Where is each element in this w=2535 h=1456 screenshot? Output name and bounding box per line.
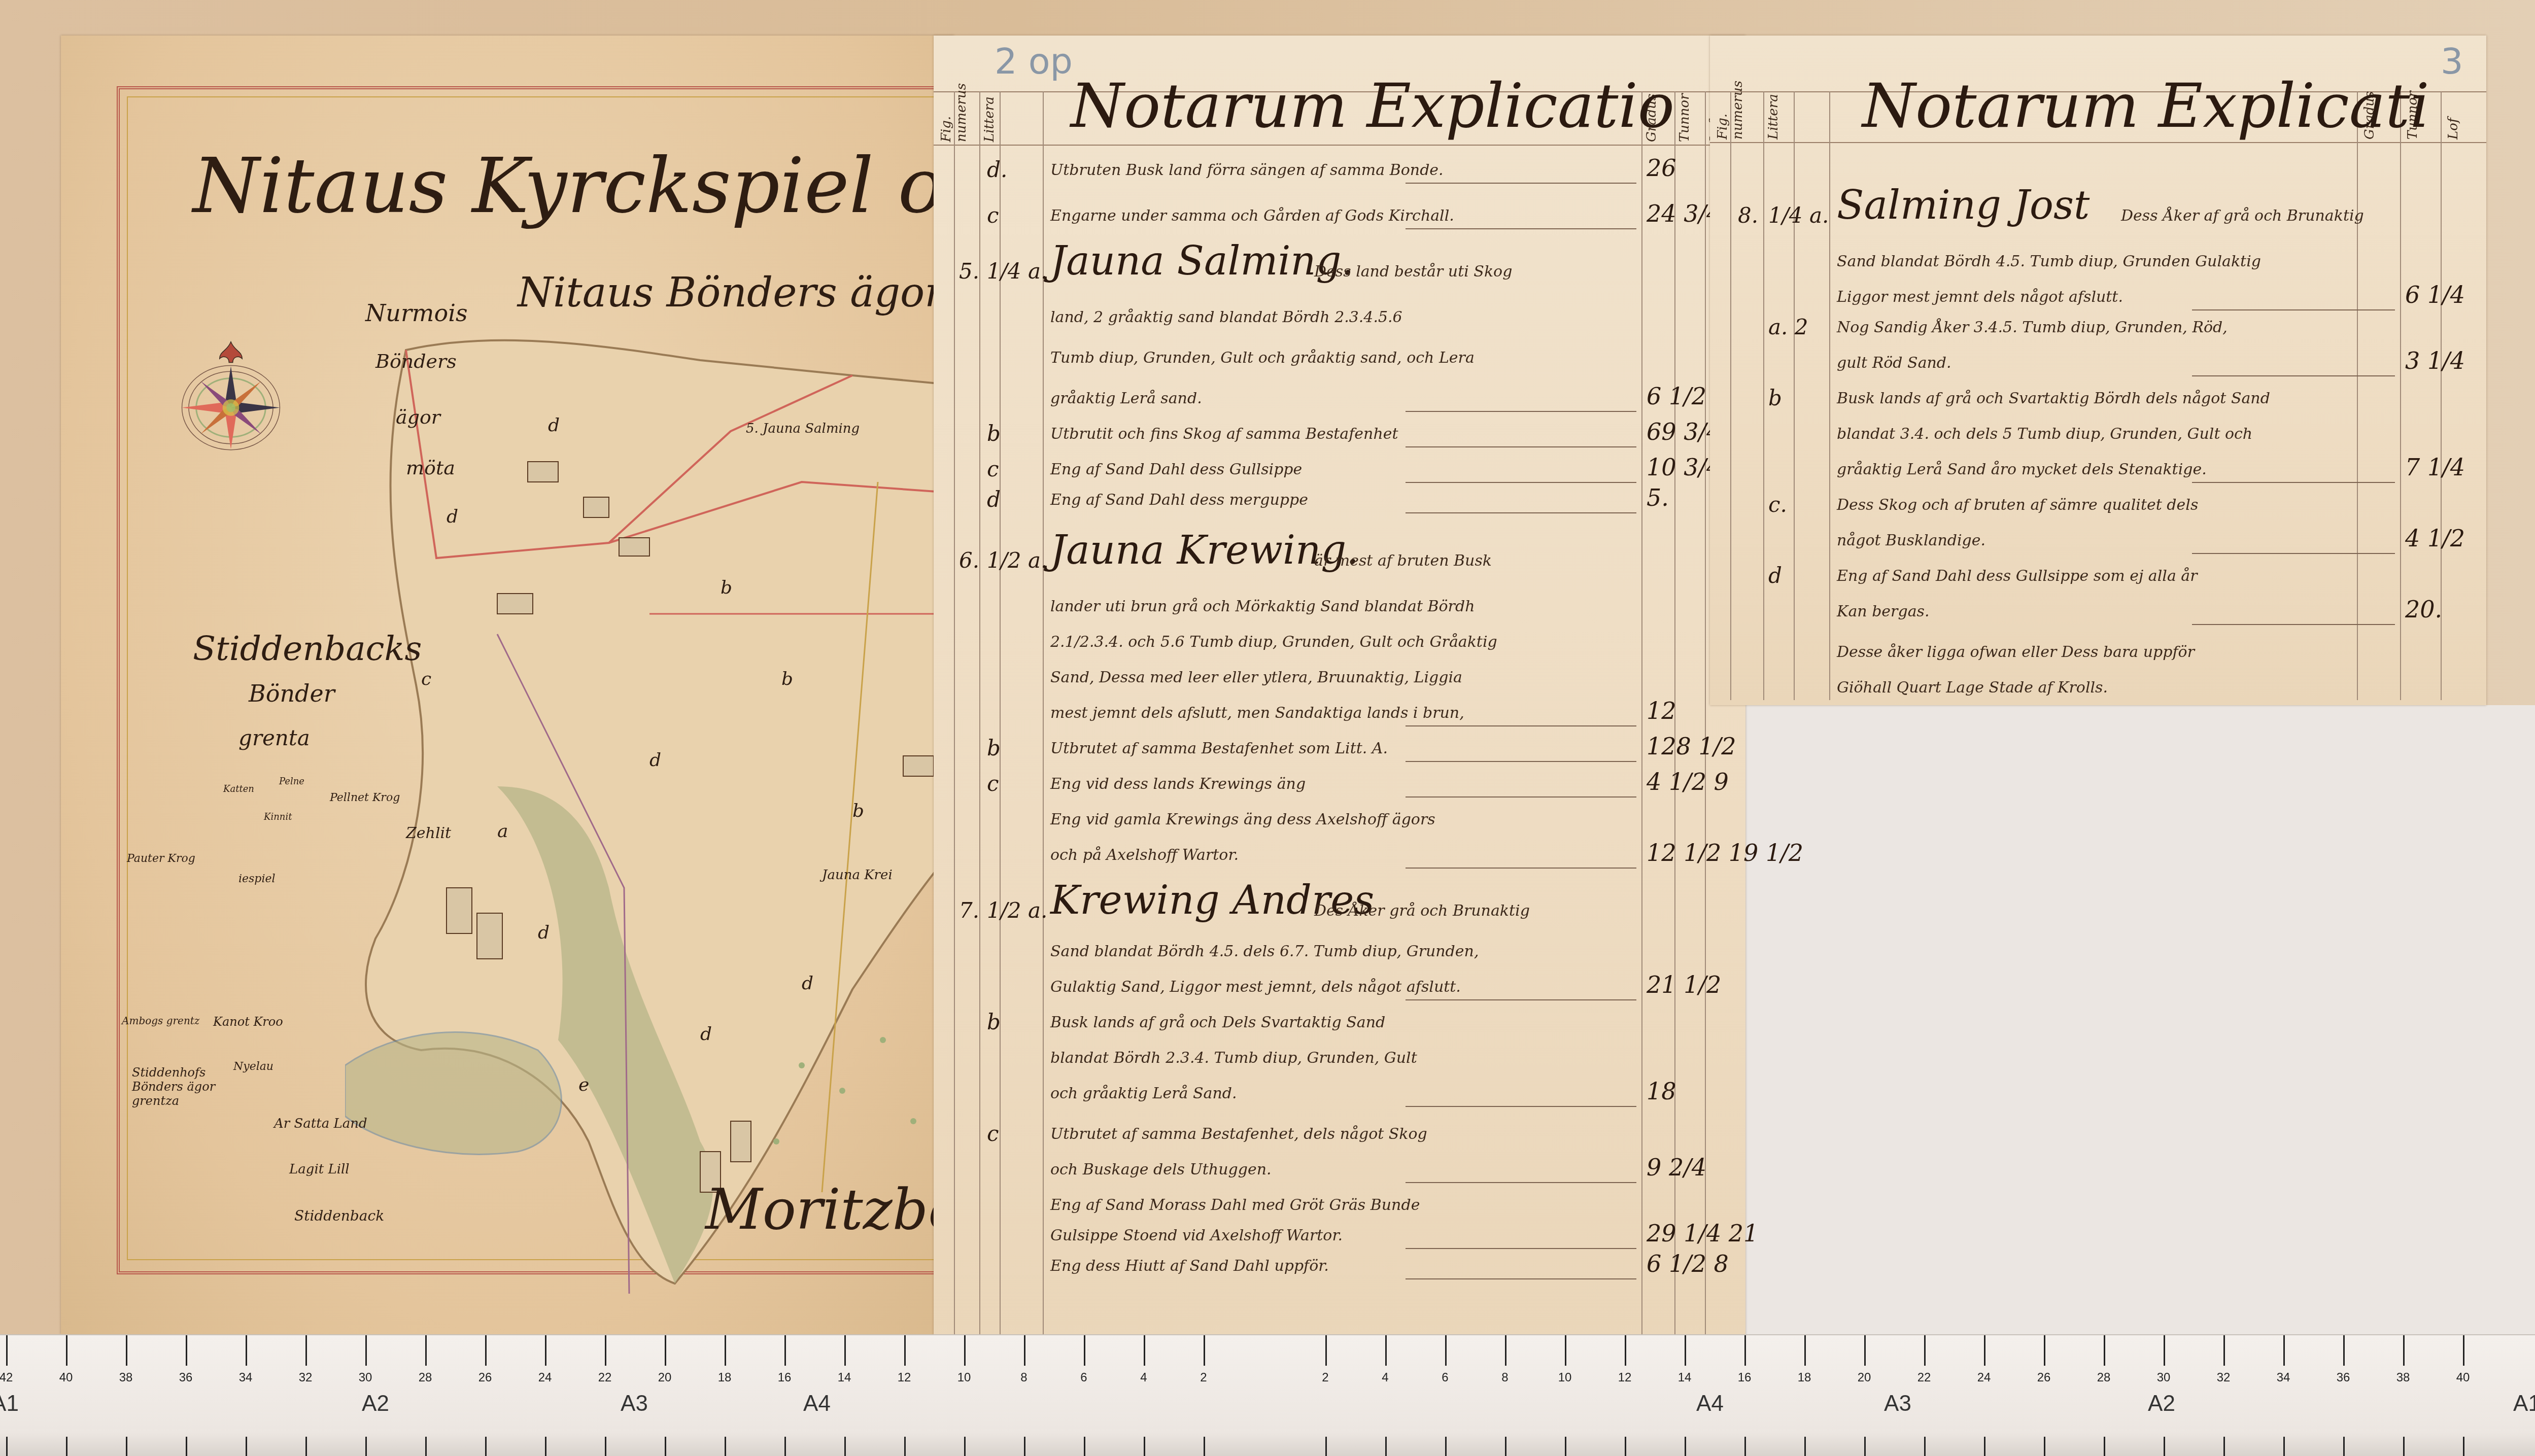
ruler-number: 12 [898, 1371, 911, 1385]
entry-littera: a. 2 [1768, 315, 1808, 339]
ruler-number: 34 [2277, 1371, 2290, 1385]
svg-text:d: d [548, 415, 560, 436]
svg-text:d: d [649, 750, 661, 771]
entry-littera: 1/2 a. [987, 548, 1047, 573]
svg-text:b: b [781, 669, 793, 689]
ruler-paper-size: A1 [0, 1391, 19, 1416]
entry-description: gråaktig Lerå Sand åro mycket dels Stena… [1837, 461, 2207, 478]
entry-amount: 18 [1647, 1078, 1676, 1105]
ruler-number: 14 [838, 1371, 851, 1385]
entry-number: 8. [1738, 203, 1758, 228]
map-label: Ar Satta Land [274, 1116, 367, 1131]
column-rule [979, 91, 980, 1339]
ruler-tick [784, 1335, 786, 1366]
entry-littera: d [987, 487, 1001, 512]
ruler-number: 36 [2337, 1371, 2350, 1385]
ruler-tick [665, 1335, 666, 1366]
ruler-number: 20 [658, 1371, 672, 1385]
ruler-tick [305, 1437, 307, 1456]
column-rule [954, 91, 955, 1339]
ruler-tick [1864, 1437, 1866, 1456]
entry-underline [1406, 446, 1636, 447]
entry-description: Desse åker ligga ofwan eller Dess bara u… [1837, 643, 2195, 661]
ruler-paper-size: A2 [2148, 1391, 2175, 1416]
map-label: Pellnet Krog [330, 791, 400, 804]
entry-underline [1406, 228, 1636, 229]
entry-underline [2192, 553, 2395, 554]
entry-amount: 26 [1647, 154, 1676, 182]
entry-description: Giöhall Quart Lage Stade af Krolls. [1837, 679, 2108, 697]
entry-underline [1406, 1106, 1636, 1107]
ruler-tick [425, 1437, 427, 1456]
column-header-lof: Lof [2446, 94, 2461, 140]
map-label: Bönder [249, 680, 335, 707]
ruler-number: 6 [1442, 1371, 1448, 1385]
ruler-paper-size: A3 [621, 1391, 648, 1416]
entry-description: blandat 3.4. och dels 5 Tumb diup, Grund… [1837, 425, 2252, 443]
column-rule [1763, 91, 1764, 700]
map-label: 5. Jauna Salming [746, 421, 860, 436]
entry-amount: 7 1/4 [2405, 454, 2465, 481]
svg-text:a: a [497, 821, 508, 842]
ruler-tick [1144, 1437, 1145, 1456]
ruler-tick [844, 1437, 846, 1456]
entry-underline [1406, 796, 1636, 798]
ruler-tick [6, 1335, 8, 1366]
header-rule-bottom [1710, 142, 2486, 143]
ruler-number: 30 [2157, 1371, 2171, 1385]
ruler-tick [545, 1437, 546, 1456]
ruler-number: 10 [1558, 1371, 1572, 1385]
ruler-tick [246, 1437, 247, 1456]
ruler-tick [2463, 1335, 2464, 1366]
ruler-tick [365, 1437, 367, 1456]
ruler-tick [2283, 1437, 2285, 1456]
entry-description: och gråaktig Lerå Sand. [1050, 1085, 1237, 1102]
ruler-tick [1744, 1437, 1746, 1456]
map-label: Bönders [375, 350, 457, 372]
entry-description: Kan bergas. [1837, 603, 1929, 620]
ruler-tick [365, 1335, 367, 1366]
entry-underline [2192, 482, 2395, 483]
notarum-explicatio-page-2: 2 op Fig. numerus Littera Gradus Tunnor … [934, 36, 1745, 1344]
svg-text:b: b [721, 577, 732, 598]
entry-littera: c [987, 203, 999, 228]
ruler-tick [964, 1335, 966, 1366]
ruler-tick [1024, 1437, 1025, 1456]
entry-underline [2192, 375, 2395, 376]
entry-underline [1406, 725, 1636, 726]
entry-amount: 6 1/2 [1647, 383, 1706, 410]
ruler-number: 36 [179, 1371, 193, 1385]
entry-description: Utbrutit och fins Skog af samma Bestafen… [1050, 425, 1398, 443]
ruler-number: 8 [1501, 1371, 1508, 1385]
map-label: Jauna Krei [822, 868, 893, 883]
entry-underline [1406, 1248, 1636, 1249]
entry-description: Utbruten Busk land förra sängen af samma… [1050, 161, 1444, 179]
ruler-tick [1445, 1335, 1447, 1366]
ruler-tick [1144, 1335, 1145, 1366]
svg-text:c: c [421, 669, 431, 689]
ruler-number: 8 [1020, 1371, 1027, 1385]
entry-description: Utbrutet af samma Bestafenhet, dels någo… [1050, 1125, 1427, 1143]
ruler-tick [1685, 1437, 1686, 1456]
map-label: Ambogs grentz [122, 1015, 199, 1027]
map-label: Kinnit [264, 812, 292, 822]
column-rule [1641, 91, 1642, 1339]
entry-description: Eng dess Hiutt af Sand Dahl uppför. [1050, 1257, 1329, 1275]
ruler-tick [186, 1335, 187, 1366]
map-label: Pelne [279, 776, 304, 787]
ruler-tick [2283, 1335, 2285, 1366]
ruler-tick [2463, 1437, 2464, 1456]
ruler-number: 32 [2217, 1371, 2231, 1385]
compass-rose-icon [162, 340, 299, 457]
entry-description: Utbrutet af samma Bestafenhet som Litt. … [1050, 740, 1388, 757]
entry-amount: 128 1/2 [1647, 733, 1736, 760]
column-rule [2400, 91, 2401, 700]
ruler-tick [305, 1335, 307, 1366]
entry-owner-name: Jauna Krewing. [1050, 528, 1359, 573]
entry-underline [1406, 512, 1636, 513]
ruler-number: 18 [718, 1371, 732, 1385]
ruler-tick [6, 1437, 8, 1456]
map-label: Kanot Kroo [213, 1015, 283, 1029]
document-title: Notarum Explicati [1862, 71, 2429, 142]
entry-description: Eng af Sand Dahl dess Gullsippe [1050, 461, 1302, 478]
notarum-explicatio-page-3: 3 Fig. numerus Littera Gradus Tunnor Lof… [1710, 36, 2486, 705]
column-rule [1794, 91, 1795, 700]
entry-amount: 12 [1647, 697, 1676, 724]
ruler-number: 2 [1200, 1371, 1207, 1385]
ruler-tick [186, 1437, 187, 1456]
entry-description: Liggor mest jemnt dels något afslutt. [1837, 288, 2123, 306]
ruler-tick [605, 1437, 606, 1456]
ruler-tick [2104, 1335, 2105, 1366]
entry-amount: 4 1/2 [2405, 525, 2465, 552]
ruler-tick [1325, 1437, 1327, 1456]
ruler-paper-size: A4 [803, 1391, 831, 1416]
ruler-tick [1024, 1335, 1025, 1366]
entry-description: Nog Sandig Åker 3.4.5. Tumb diup, Grunde… [1837, 319, 2228, 336]
svg-text:d: d [447, 506, 458, 527]
ruler-paper-size: A2 [362, 1391, 389, 1416]
column-header-numerus: Fig. numerus [1715, 94, 1745, 140]
ruler-number: 4 [1382, 1371, 1388, 1385]
entry-description: blandat Bördh 2.3.4. Tumb diup, Grunden,… [1050, 1049, 1417, 1067]
map-label: möta [406, 457, 455, 479]
column-header-tunnor: Tunnor [1677, 94, 1692, 142]
entry-underline [1406, 999, 1636, 1000]
entry-littera: c [987, 1121, 999, 1146]
entry-underline [1406, 183, 1636, 184]
map-label: Stiddenbacks [193, 629, 422, 668]
entry-littera: b [987, 736, 1001, 760]
entry-littera: 1/4 a. [987, 259, 1047, 284]
entry-description: Busk lands af grå och Svartaktig Bördh d… [1837, 390, 2270, 407]
entry-number: 7. [959, 898, 979, 923]
ruler-tick [1744, 1335, 1746, 1366]
entry-description: och på Axelshoff Wartor. [1050, 846, 1239, 864]
ruler-tick [665, 1437, 666, 1456]
entry-littera: 1/4 a. [1768, 203, 1829, 228]
entry-littera: c. [1768, 492, 1787, 517]
column-rule [2357, 91, 2358, 700]
ruler-number: 20 [1858, 1371, 1871, 1385]
ruler-tick [1385, 1335, 1387, 1366]
map-label: grenta [238, 725, 310, 750]
svg-text:e: e [578, 1074, 589, 1095]
ruler-tick [844, 1335, 846, 1366]
entry-underline [1406, 761, 1636, 762]
header-rule-bottom [934, 145, 1745, 146]
ruler-tick [66, 1335, 67, 1366]
ruler-number: 40 [59, 1371, 73, 1385]
entry-description: Dess Åker af grå och Brunaktig [2121, 207, 2364, 225]
entry-description: Tumb diup, Grunden, Gult och gråaktig sa… [1050, 349, 1475, 367]
map-label: Pauter Krog [127, 852, 195, 865]
entry-littera: c [987, 771, 999, 796]
entry-description: Eng af Sand Dahl dess merguppe [1050, 491, 1308, 509]
entry-underline [2192, 309, 2395, 310]
ruler-number: 30 [359, 1371, 372, 1385]
column-header-littera: Littera [982, 94, 997, 142]
entry-description: Busk lands af grå och Dels Svartaktig Sa… [1050, 1014, 1385, 1031]
entry-description: Gulsippe Stoend vid Axelshoff Wartor. [1050, 1227, 1343, 1244]
entry-littera: d [1768, 563, 1782, 588]
entry-littera: c [987, 457, 999, 481]
ruler-number: 24 [1977, 1371, 1991, 1385]
ruler-tick [1325, 1335, 1327, 1366]
ruler-paper-size: A1 [2513, 1391, 2535, 1416]
measuring-ruler: 4240383634323028262422201816141210864224… [0, 1334, 2535, 1456]
ruler-number: 26 [478, 1371, 492, 1385]
column-rule [1829, 91, 1830, 700]
entry-description: Sand blandat Bördh 4.5. dels 6.7. Tumb d… [1050, 943, 1479, 960]
entry-description: är mest af bruten Busk [1314, 552, 1492, 570]
ruler-tick [1685, 1335, 1686, 1366]
ruler-tick [2223, 1335, 2225, 1366]
entry-amount: 12 1/2 19 1/2 [1647, 839, 1803, 866]
entry-description: Eng vid gamla Krewings äng dess Axelshof… [1050, 811, 1435, 828]
map-label: Lagit Lill [289, 1162, 350, 1177]
ruler-tick [1445, 1437, 1447, 1456]
column-header-numerus: Fig. numerus [939, 94, 969, 142]
entry-description: Gulaktig Sand, Liggor mest jemnt, dels n… [1050, 978, 1461, 996]
ruler-tick [725, 1335, 726, 1366]
ruler-tick [1864, 1335, 1866, 1366]
map-label: ägor [396, 406, 440, 428]
ruler-tick [126, 1437, 127, 1456]
map-label: Nurmois [365, 299, 468, 327]
ruler-number: 26 [2037, 1371, 2051, 1385]
entry-description: gråaktig Lerå sand. [1050, 390, 1202, 407]
ruler-tick [2223, 1437, 2225, 1456]
ruler-number: 2 [1322, 1371, 1328, 1385]
ruler-number: 38 [2396, 1371, 2410, 1385]
pencil-page-mark: 2 op [995, 41, 1073, 82]
ruler-tick [784, 1437, 786, 1456]
ruler-number: 10 [957, 1371, 971, 1385]
entry-amount: 4 1/2 9 [1647, 768, 1729, 795]
ruler-tick [1204, 1335, 1205, 1366]
map-label: Stiddenback [294, 1207, 384, 1224]
entry-amount: 3 1/4 [2405, 347, 2465, 374]
ruler-tick [1084, 1437, 1085, 1456]
ruler-tick [2343, 1335, 2345, 1366]
entry-littera: 1/2 a. [987, 898, 1047, 923]
entry-littera: d. [987, 157, 1007, 182]
entry-description: Eng af Sand Dahl dess Gullsippe som ej a… [1837, 567, 2198, 585]
ruler-number: 14 [1678, 1371, 1692, 1385]
entry-amount: 21 1/2 [1647, 971, 1721, 998]
entry-number: 5. [959, 259, 979, 284]
entry-amount: 5. [1647, 484, 1669, 511]
ruler-tick [2044, 1437, 2045, 1456]
ruler-tick [1204, 1437, 1205, 1456]
ruler-tick [126, 1335, 127, 1366]
ruler-number: 38 [119, 1371, 133, 1385]
entry-amount: 6 1/4 [2405, 281, 2465, 308]
ruler-tick [1804, 1437, 1806, 1456]
map-label: Zehlit [406, 824, 451, 842]
ruler-tick [1625, 1335, 1626, 1366]
map-label: Katten [223, 784, 254, 794]
entry-description: Eng vid dess lands Krewings äng [1050, 775, 1306, 793]
column-rule [1730, 91, 1731, 700]
entry-description: Des Åker grå och Brunaktig [1314, 902, 1530, 920]
entry-description: Eng af Sand Morass Dahl med Gröt Gräs Bu… [1050, 1196, 1420, 1214]
svg-text:d: d [538, 922, 550, 943]
entry-description: Dess land består uti Skog [1314, 263, 1512, 281]
entry-owner-name: Salming Jost [1837, 183, 2089, 228]
entry-underline [1406, 482, 1636, 483]
ruler-tick [545, 1335, 546, 1366]
ruler-tick [1565, 1335, 1566, 1366]
ruler-number: 16 [1738, 1371, 1752, 1385]
entry-underline [1406, 868, 1636, 869]
ruler-tick [605, 1335, 606, 1366]
ruler-tick [904, 1335, 906, 1366]
ruler-number: 22 [598, 1371, 612, 1385]
ruler-tick [2104, 1437, 2105, 1456]
entry-amount: 29 1/4 21 [1647, 1220, 1758, 1247]
ruler-number: 22 [1917, 1371, 1931, 1385]
ruler-tick [1984, 1335, 1985, 1366]
ruler-tick [1084, 1335, 1085, 1366]
ruler-tick [2164, 1437, 2165, 1456]
pencil-page-mark: 3 [2441, 41, 2463, 82]
map-label: Nyelau [233, 1060, 273, 1073]
entry-underline [1406, 1182, 1636, 1183]
ruler-number: 34 [239, 1371, 253, 1385]
entry-underline [1406, 1278, 1636, 1279]
column-rule [1705, 91, 1706, 1339]
ruler-number: 28 [419, 1371, 432, 1385]
document-title: Notarum Explicatio [1071, 71, 1674, 142]
entry-description: mest jemnt dels afslutt, men Sandaktiga … [1050, 704, 1464, 722]
ruler-number: 40 [2456, 1371, 2470, 1385]
entry-underline [1406, 411, 1636, 412]
map-label: Stiddenhofs Bönders ägor grentza [132, 1065, 233, 1108]
svg-text:d: d [802, 973, 813, 994]
ruler-tick [2403, 1437, 2405, 1456]
entry-description: 2.1/2.3.4. och 5.6 Tumb diup, Grunden, G… [1050, 633, 1497, 651]
entry-description: något Busklandige. [1837, 532, 1985, 549]
ruler-tick [1625, 1437, 1626, 1456]
ruler-paper-size: A3 [1884, 1391, 1911, 1416]
ruler-tick [246, 1335, 247, 1366]
ruler-tick [1385, 1437, 1387, 1456]
ruler-number: 28 [2097, 1371, 2111, 1385]
ruler-tick [904, 1437, 906, 1456]
ruler-tick [1565, 1437, 1566, 1456]
ruler-number: 4 [1140, 1371, 1147, 1385]
entry-description: lander uti brun grå och Mörkaktig Sand b… [1050, 598, 1475, 615]
ruler-tick [425, 1335, 427, 1366]
entry-littera: b [987, 421, 1001, 446]
entry-amount: 6 1/2 8 [1647, 1250, 1729, 1277]
ruler-tick [1924, 1335, 1926, 1366]
ruler-tick [725, 1437, 726, 1456]
entry-description: gult Röd Sand. [1837, 354, 1951, 372]
entry-underline [2192, 624, 2395, 625]
entry-description: Dess Skog och af bruten af sämre qualite… [1837, 496, 2198, 514]
entry-description: land, 2 gråaktig sand blandat Bördh 2.3.… [1050, 308, 1402, 326]
entry-description: Sand blandat Bördh 4.5. Tumb diup, Grund… [1837, 253, 2261, 270]
column-header-littera: Littera [1766, 94, 1781, 140]
entry-littera: b [1768, 386, 1782, 410]
ruler-tick [2044, 1335, 2045, 1366]
ruler-tick [1924, 1437, 1926, 1456]
entry-number: 6. [959, 548, 979, 573]
ruler-number: 12 [1618, 1371, 1632, 1385]
ruler-tick [964, 1437, 966, 1456]
ruler-tick [2164, 1335, 2165, 1366]
ruler-paper-size: A4 [1696, 1391, 1724, 1416]
entry-owner-name: Jauna Salming. [1050, 238, 1354, 284]
map-sheet: Nitaus Kyrckspiel och B Nitaus Bönders ä… [61, 36, 954, 1334]
ruler-tick [1505, 1437, 1506, 1456]
ruler-tick [1804, 1335, 1806, 1366]
entry-description: Engarne under samma och Gården af Gods K… [1050, 207, 1454, 225]
ruler-tick [2343, 1437, 2345, 1456]
ruler-tick [1984, 1437, 1985, 1456]
map-subtitle: Nitaus Bönders ägor i [518, 269, 970, 316]
ruler-number: 42 [0, 1371, 13, 1385]
entry-littera: b [987, 1010, 1001, 1034]
ruler-number: 24 [538, 1371, 552, 1385]
ruler-tick [485, 1437, 487, 1456]
entry-amount: 9 2/4 [1647, 1154, 1706, 1181]
ruler-number: 32 [299, 1371, 313, 1385]
ruler-tick [66, 1437, 67, 1456]
svg-text:b: b [852, 801, 864, 821]
scanner-bed-white [1745, 705, 2535, 1344]
ruler-tick [485, 1335, 487, 1366]
entry-description: Sand, Dessa med leer eller ytlera, Bruun… [1050, 669, 1462, 686]
ruler-tick [2403, 1335, 2405, 1366]
ruler-number: 18 [1798, 1371, 1811, 1385]
map-label: iespiel [238, 873, 276, 885]
ruler-number: 6 [1080, 1371, 1087, 1385]
entry-amount: 20. [2405, 596, 2442, 623]
ruler-tick [1505, 1335, 1506, 1366]
ruler-number: 16 [778, 1371, 792, 1385]
svg-text:d: d [700, 1024, 712, 1045]
entry-description: och Buskage dels Uthuggen. [1050, 1161, 1272, 1178]
